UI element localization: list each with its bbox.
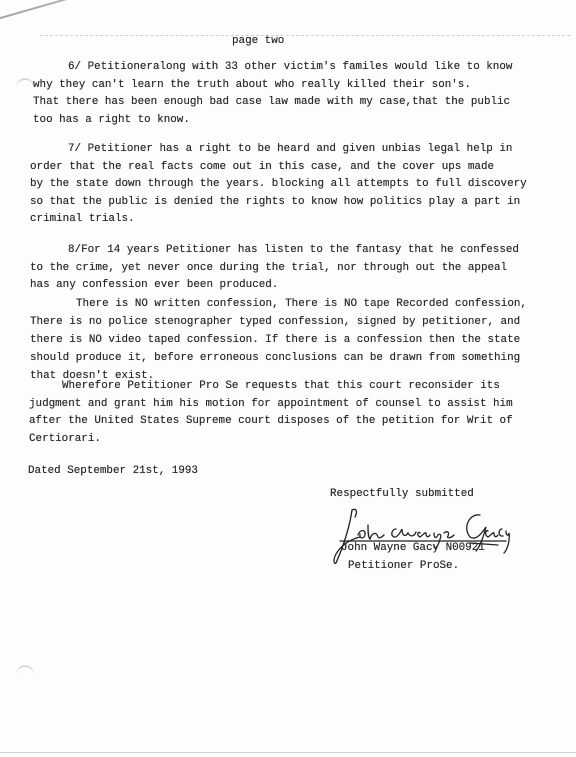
signature-name: John Wayne Gacy N00921 xyxy=(341,541,485,555)
page-bottom-edge xyxy=(0,752,576,753)
p8-line-3: has any confession ever been produced. xyxy=(30,278,278,292)
p7-line-2: order that the real facts come out in th… xyxy=(30,160,494,174)
page-top-edge xyxy=(40,35,570,37)
paper-fold-mark xyxy=(0,0,183,22)
p8b-line-2: There is no police stenographer typed co… xyxy=(30,315,520,329)
p6-line-4: too has a right to know. xyxy=(33,113,190,127)
punch-hole-top xyxy=(16,78,34,98)
dated-line: Dated September 21st, 1993 xyxy=(28,464,198,478)
p7-line-1: 7/ Petitioner has a right to be heard an… xyxy=(68,142,512,156)
p8b-line-3: there is NO video taped confession. If t… xyxy=(30,333,520,347)
punch-hole-bottom xyxy=(16,665,34,685)
signature-title: Petitioner ProSe. xyxy=(348,559,459,573)
p7-line-5: criminal trials. xyxy=(30,212,135,226)
page-header: page two xyxy=(232,34,284,48)
p8-line-1: 8/For 14 years Petitioner has listen to … xyxy=(68,243,519,257)
wherefore-line-2: judgment and grant him his motion for ap… xyxy=(29,397,513,411)
p8b-line-4: should produce it, before erroneous conc… xyxy=(30,351,520,365)
closing-line: Respectfully submitted xyxy=(330,487,474,501)
p7-line-4: so that the public is denied the rights … xyxy=(30,195,520,209)
wherefore-line-3: after the United States Supreme court di… xyxy=(29,414,513,428)
wherefore-line-4: Certiorari. xyxy=(29,432,101,446)
p8b-line-1: There is NO written confession, There is… xyxy=(76,297,527,311)
document-page: page two 6/ Petitioneralong with 33 othe… xyxy=(0,0,576,757)
p6-line-2: why they can't learn the truth about who… xyxy=(33,78,471,92)
p7-line-3: by the state down through the years. blo… xyxy=(30,177,527,191)
wherefore-line-1: Wherefore Petitioner Pro Se requests tha… xyxy=(62,379,500,393)
p6-line-1: 6/ Petitioneralong with 33 other victim'… xyxy=(68,60,512,74)
handwritten-signature: John Wayne Gacy xyxy=(330,505,510,565)
p6-line-3: That there has been enough bad case law … xyxy=(33,95,510,109)
p8-line-2: to the crime, yet never once during the … xyxy=(30,261,507,275)
